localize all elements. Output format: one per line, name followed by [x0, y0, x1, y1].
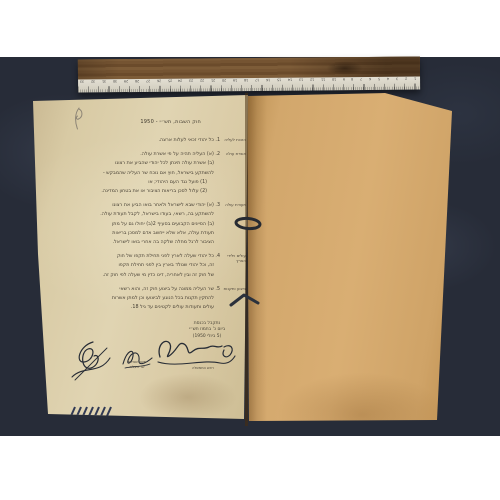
ruler-number: 1 [414, 77, 416, 81]
document-page-left: חוק השבות, תש״י - 1950 הזכות לעליה1. כל … [30, 94, 249, 420]
signature-right [154, 335, 238, 369]
law-section: עולים וילידי הארץ4. כל יהודי שעלה לארץ ל… [60, 252, 246, 280]
law-text-line: זה, וכל יהודי שנולד בארץ בין לפני תחילת … [60, 261, 220, 270]
ruler-number: 28 [135, 79, 139, 83]
law-section: הזכות לעליה1. כל יהודי זכאי לעלות ארצה. [60, 136, 246, 145]
ruler-number: 22 [200, 78, 204, 82]
law-text-line: עולים ותעודות עולים לקטינים עד גיל 18. [60, 303, 220, 312]
minister-role-caption: שר העליה [118, 365, 156, 370]
margin-note: הזכות לעליה [223, 136, 246, 145]
law-section-text: 3. (א) יהודי שבא לישראל ולאחר בואו הביע … [60, 201, 220, 247]
ruler-number: 27 [146, 79, 150, 83]
law-section: ביצוע ותקנות5. שר העליה ממונה על ביצוע ח… [60, 285, 246, 313]
law-section: תעודת עולה3. (א) יהודי שבא לישראל ולאחר … [60, 201, 246, 247]
paper-clip-oval [233, 215, 263, 232]
wooden-ruler: 3332313029282726252423222120191817161514… [78, 57, 420, 93]
margin-note: אשרת עולה [223, 150, 246, 196]
law-section-text: 1. כל יהודי זכאי לעלות ארצה. [60, 136, 220, 145]
ruler-number: 13 [299, 78, 303, 82]
document-title: חוק השבות, תש״י - 1950 [140, 119, 201, 125]
law-section-text: 2. (א) העליה תהיה על פי אשרת עולה.(ב) אש… [60, 150, 220, 196]
law-text-line: 4. כל יהודי שעלה לארץ לפני תחילת תקפו של… [60, 252, 220, 261]
ruler-number: 20 [222, 78, 226, 82]
ruler-number: 33 [80, 79, 84, 83]
folder-fold [245, 93, 248, 426]
ruler-number: 17 [255, 78, 259, 82]
signature-left [66, 337, 116, 383]
ruler-number: 24 [178, 79, 182, 83]
ruler-number: 30 [113, 79, 117, 83]
paper-clip-chevron [228, 291, 261, 310]
law-text-line: להשתקע בישראל, חוץ אם נוכח שר העליה שהמב… [60, 169, 220, 178]
signature-caption-minister: משה שפירא שר העליה [118, 360, 156, 369]
ruler-number: 32 [91, 79, 95, 83]
law-body: הזכות לעליה1. כל יהודי זכאי לעלות ארצה.א… [60, 136, 246, 317]
law-text-line: להתקין תקנות בכל הנוגע לביצועו וכן למתן … [60, 294, 220, 303]
ruler-number: 8 [351, 77, 353, 81]
ruler-number: 16 [266, 78, 270, 82]
margin-note: עולים וילידי הארץ [223, 252, 246, 280]
ruler-number: 21 [211, 78, 215, 82]
law-text-line: 3. (א) יהודי שבא לישראל ולאחר בואו הביע … [60, 201, 220, 210]
law-text-line: (2) עלול לסכן בריאות הציבור או את בטחון … [60, 187, 220, 196]
ruler-number: 4 [387, 77, 389, 81]
folder-page-right [245, 92, 457, 428]
ruler-number: 3 [396, 77, 398, 81]
ruler-number: 6 [369, 77, 371, 81]
law-text-line: (ב) אשרת עולה תינתן לכל יהודי שהביע את ר… [60, 159, 220, 168]
law-section: אשרת עולה2. (א) העליה תהיה על פי אשרת עו… [60, 150, 246, 196]
ruler-number: 15 [277, 78, 281, 82]
law-section-text: 5. שר העליה ממונה על ביצוע חוק זה, והוא … [60, 285, 220, 313]
ruler-number: 26 [157, 79, 161, 83]
ruler-number: 18 [244, 78, 248, 82]
signature-caption-prime-minister: ראש הממשלה [180, 366, 226, 371]
ruler-number: 23 [189, 78, 193, 82]
ruler-number: 9 [343, 77, 345, 81]
law-text-line: 1. כל יהודי זכאי לעלות ארצה. [60, 136, 220, 145]
ruler-number: 14 [288, 78, 292, 82]
law-text-line: 5. שר העליה ממונה על ביצוע חוק זה, והוא … [60, 285, 220, 294]
law-text-line: תעודת עולה, אלא שלא ייחשב אדם למסכן בריא… [60, 229, 220, 238]
ruler-number: 11 [321, 77, 325, 81]
pencil-paraph-mark [71, 106, 86, 132]
ruler-number: 31 [102, 79, 106, 83]
law-text-line: 2. (א) העליה תהיה על פי אשרת עולה. [60, 150, 220, 159]
ruler-number: 2 [405, 77, 407, 81]
ruler-number: 19 [233, 78, 237, 82]
ruler-number: 25 [168, 79, 172, 83]
ruler-number: 7 [360, 77, 362, 81]
ruler-number: 29 [124, 79, 128, 83]
law-text-line: הציבור לרגל מחלה שלקה בה אחרי בואו לישרא… [60, 238, 220, 247]
law-text-line: להשתקע בה, רשאי, בעודו בישראל, לקבל תעוד… [60, 210, 220, 219]
ruler-number: 10 [332, 77, 336, 81]
ruler-number: 5 [378, 77, 380, 81]
law-text-line: של חוק זה ובין לאחריה, דינו כדין מי שעלה… [60, 271, 220, 280]
typed-document: חוק השבות, תש״י - 1950 הזכות לעליה1. כל … [30, 94, 249, 420]
law-text-line: (ב) הסייגים הקבועים בסעיף 2(ב) יחולו גם … [60, 220, 220, 229]
law-section-text: 4. כל יהודי שעלה לארץ לפני תחילת תקפו של… [60, 252, 220, 280]
law-text-line: (1) פועל נגד העם היהודי; או [60, 178, 220, 187]
ruler-number: 12 [310, 77, 314, 81]
